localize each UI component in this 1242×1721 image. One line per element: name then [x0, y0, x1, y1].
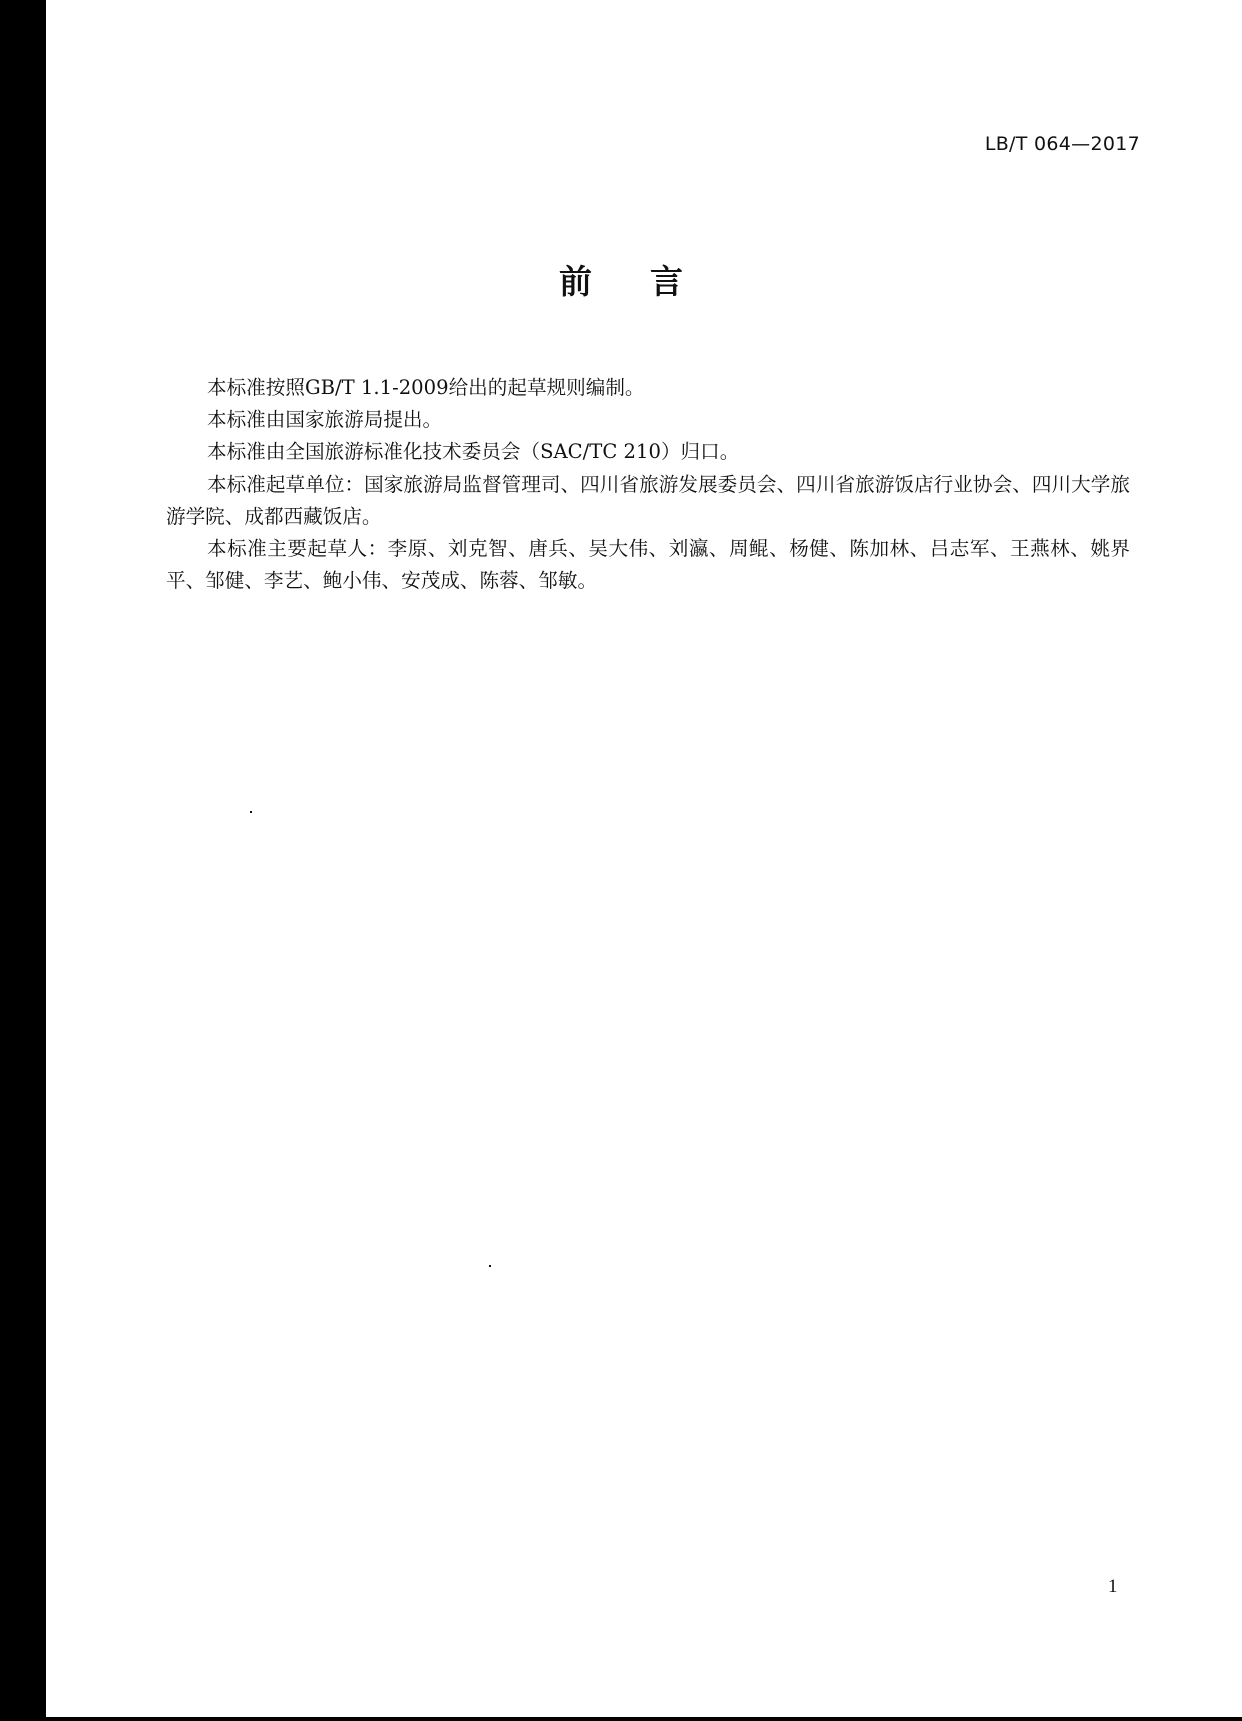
paragraph-drafters: 本标准主要起草人：李原、刘克智、唐兵、吴大伟、刘瀛、周鲲、杨健、陈加林、吕志军、…	[166, 533, 1130, 597]
page-number: 1	[1108, 1576, 1118, 1598]
scan-speck	[489, 1265, 491, 1267]
scan-speck	[250, 811, 252, 813]
paragraph-drafting-rules: 本标准按照GB/T 1.1-2009给出的起草规则编制。	[166, 372, 1130, 404]
scan-border-bottom	[0, 1717, 1242, 1721]
foreword-body: 本标准按照GB/T 1.1-2009给出的起草规则编制。 本标准由国家旅游局提出…	[166, 372, 1130, 597]
title-char-2: 言	[650, 262, 683, 301]
paragraph-drafting-units: 本标准起草单位：国家旅游局监督管理司、四川省旅游发展委员会、四川省旅游饭店行业协…	[166, 469, 1130, 533]
paragraph-committee: 本标准由全国旅游标准化技术委员会（SAC/TC 210）归口。	[166, 436, 1130, 468]
page-title: 前言	[0, 256, 1242, 303]
standard-code-header: LB/T 064—2017	[985, 133, 1140, 155]
paragraph-proposer: 本标准由国家旅游局提出。	[166, 404, 1130, 436]
title-char-1: 前	[559, 262, 592, 301]
